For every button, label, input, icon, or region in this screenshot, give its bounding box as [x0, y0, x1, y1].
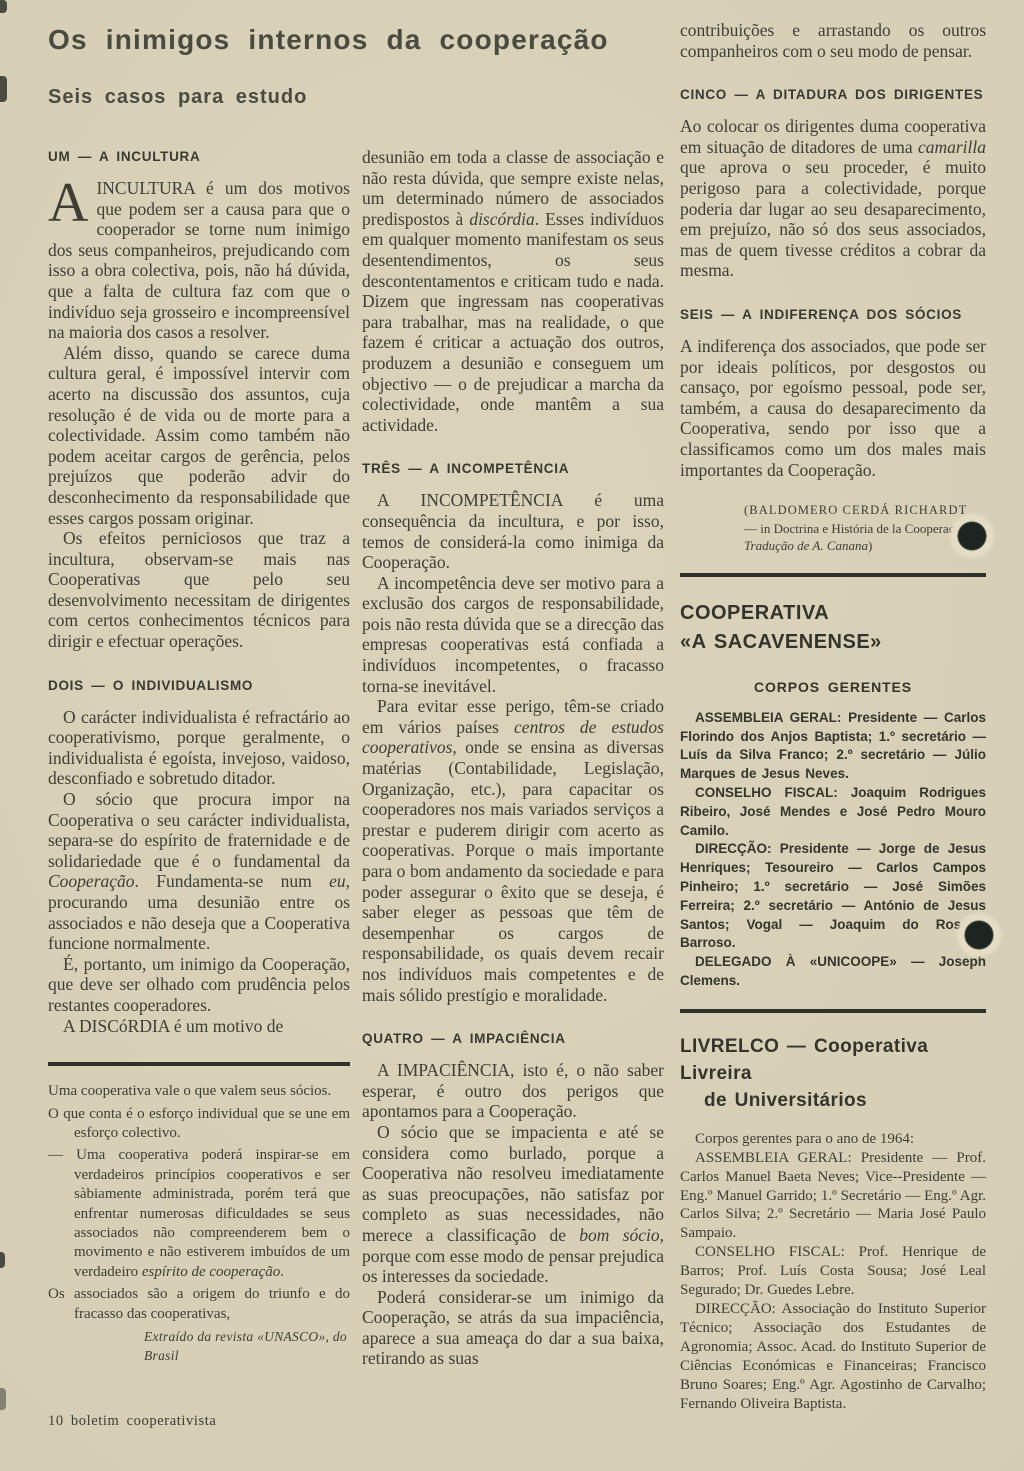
scan-edge-artifact [0, 1252, 5, 1268]
section-heading-cinco: CINCO — A DITADURA DOS DIRIGENTES [680, 87, 986, 102]
paragraph-text: — Uma cooperativa poderá inspirar-se em … [48, 1147, 350, 1279]
paragraph: desunião em toda a classe de associação … [362, 147, 664, 435]
quote-item: — Uma cooperativa poderá inspirar-se em … [48, 1146, 350, 1282]
paragraph: A indiferença dos associados, que pode s… [680, 336, 986, 480]
paragraph: O sócio que se impacienta e até se consi… [362, 1122, 664, 1287]
paragraph: AINCULTURA é um dos motivos que podem se… [48, 178, 350, 343]
drop-cap: A [48, 178, 96, 224]
quote-item: Os associados são a origem do triunfo e … [48, 1285, 350, 1324]
paragraph: DIRECÇÃO: Associação do Instituto Superi… [680, 1300, 986, 1413]
credit-source: — in Doctrina e História de la Cooperaci… [744, 521, 974, 536]
section-heading-quatro: QUATRO — A IMPACIÊNCIA [362, 1031, 664, 1046]
paragraph: CONSELHO FISCAL: Prof. Henrique de Barro… [680, 1243, 986, 1300]
paragraph: DELEGADO À «UNICOOPE» — Joseph Clemens. [680, 953, 986, 991]
paragraph: O sócio que procura impor na Cooperativa… [48, 789, 350, 954]
column-1: UM — A INCULTURA AINCULTURA é um dos mot… [48, 147, 350, 1369]
section-divider [680, 1009, 986, 1013]
section-heading-dois: DOIS — O INDIVIDUALISMO [48, 678, 350, 693]
paragraph: Ao colocar os dirigentes duma cooperativ… [680, 116, 986, 281]
column-3: contribuições e arrastando os outros com… [680, 0, 986, 1413]
punch-hole [948, 512, 996, 560]
paragraph: A INCOMPETÊNCIA é uma consequência da in… [362, 490, 664, 572]
quote-box: Uma cooperativa vale o que valem seus só… [48, 1062, 350, 1366]
scan-edge-artifact [0, 1388, 6, 1410]
paragraph: DIRECÇÃO: Presidente — Jorge de Jesus He… [680, 840, 986, 953]
page-subtitle: Seis casos para estudo [48, 86, 664, 109]
italic-text: bom sócio [579, 1225, 659, 1245]
italic-text: discórdia [469, 209, 534, 229]
two-column-body: UM — A INCULTURA AINCULTURA é um dos mot… [48, 147, 664, 1369]
italic-text: espírito de cooperação [142, 1264, 280, 1280]
page-title: Os inimigos internos da cooperação [48, 24, 664, 56]
section-heading-um: UM — A INCULTURA [48, 149, 350, 164]
section-heading-seis: SEIS — A INDIFERENÇA DOS SÓCIOS [680, 307, 986, 322]
paragraph: CONSELHO FISCAL: Joaquim Rodrigues Ribei… [680, 784, 986, 840]
livrelco-title: LIVRELCO — Cooperativa Livreira de Unive… [680, 1033, 986, 1114]
livrelco-title-line2: de Universitários [680, 1087, 986, 1114]
quote-item: O que conta é o esforço individual que s… [48, 1105, 350, 1144]
sacavenense-title-line1: COOPERATIVA [680, 599, 986, 628]
column-2: desunião em toda a classe de associação … [362, 147, 664, 1369]
paragraph-text: . Esses indivíduos em qualquer momento m… [362, 209, 664, 435]
section-divider [680, 573, 986, 577]
paragraph-text: . [280, 1264, 284, 1280]
paragraph: A incompetência deve ser motivo para a e… [362, 573, 664, 697]
credit-author: (BALDOMERO CERDÁ RICHARDT [744, 502, 986, 520]
paragraph-text: , onde se ensina as diversas matérias (C… [362, 737, 664, 1004]
paragraph: Para evitar esse perigo, têm-se criado e… [362, 696, 664, 1005]
scan-edge-artifact [0, 76, 7, 102]
corpos-gerentes-heading: CORPOS GERENTES [680, 679, 986, 695]
quote-item: Uma cooperativa vale o que valem seus só… [48, 1082, 350, 1101]
paragraph: Os efeitos perniciosos que traz a incult… [48, 528, 350, 652]
scan-edge-artifact [0, 0, 7, 13]
italic-text: eu [329, 871, 346, 891]
magazine-page: Os inimigos internos da cooperação Seis … [0, 0, 1024, 1471]
paragraph: A DISCóRDIA é um motivo de [48, 1016, 350, 1037]
sacavenense-body: ASSEMBLEIA GERAL: Presidente — Carlos Fl… [680, 709, 986, 991]
footer-page-number: 10 boletim cooperativista [48, 1413, 216, 1430]
livrelco-title-line1: LIVRELCO — Cooperativa Livreira [680, 1033, 986, 1087]
article-header: Os inimigos internos da cooperação Seis … [48, 0, 664, 109]
section-heading-tres: TRÊS — A INCOMPETÊNCIA [362, 461, 664, 476]
left-section: Os inimigos internos da cooperação Seis … [48, 0, 664, 1413]
sacavenense-title-line2: «A SACAVENENSE» [680, 628, 986, 657]
paragraph: A IMPACIÊNCIA, isto é, o não saber esper… [362, 1060, 664, 1122]
paragraph: ASSEMBLEIA GERAL: Presidente — Prof. Car… [680, 1149, 986, 1244]
page-content: Os inimigos internos da cooperação Seis … [0, 0, 1024, 1413]
credit-translation: Tradução de A. Canana [744, 538, 868, 553]
paragraph-text: que aprova o seu proceder, é muito perig… [680, 157, 986, 280]
paragraph: Poderá considerar-se um inimigo da Coope… [362, 1287, 664, 1369]
italic-text: camarilla [918, 137, 986, 157]
livrelco-body: Corpos gerentes para o ano de 1964: ASSE… [680, 1130, 986, 1414]
paragraph: contribuições e arrastando os outros com… [680, 20, 986, 61]
paragraph: O carácter individualista é refractário … [48, 707, 350, 789]
paragraph: Corpos gerentes para o ano de 1964: [680, 1130, 986, 1149]
sacavenense-title: COOPERATIVA «A SACAVENENSE» [680, 599, 986, 657]
paragraph: É, portanto, um inimigo da Cooperação, q… [48, 954, 350, 1016]
paragraph: Além disso, quando se carece duma cultur… [48, 343, 350, 528]
paragraph: ASSEMBLEIA GERAL: Presidente — Carlos Fl… [680, 709, 986, 784]
credit-close: ) [868, 538, 872, 553]
paragraph-text: . Fundamenta-se num [135, 871, 330, 891]
paragraph-text: O sócio que procura impor na Cooperativa… [48, 789, 350, 871]
punch-hole [955, 911, 1003, 959]
quote-source: Extraído da revista «UNASCO», do Brasil [48, 1327, 350, 1366]
italic-text: Cooperação [48, 871, 135, 891]
